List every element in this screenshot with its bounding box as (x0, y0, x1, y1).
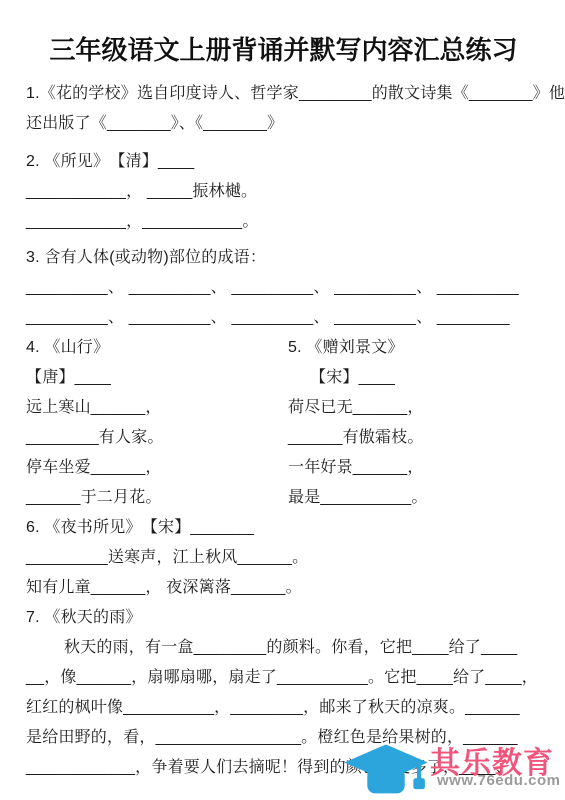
fill-blank-line: ___________，___________。 (26, 207, 541, 237)
fill-blank-line: _________送寒声，江上秋风______。 (26, 543, 541, 573)
poem-column-left: 4. 《山行》 【唐】____ 远上寒山______， ________有人家。… (26, 333, 288, 513)
poem-author: 【唐】____ (26, 363, 288, 393)
blanks-row: _________、 _________、 _________、 _______… (26, 303, 541, 333)
question-2: 2. 《所见》 【清】____ ___________， _____振林樾。 _… (26, 147, 541, 237)
poem-title: 5. 《赠刘景文》 (288, 333, 541, 363)
poem-line: 荷尽已无______， (288, 393, 541, 423)
watermark: 其乐教育 www.76edu.com (342, 740, 562, 798)
poem-line: 最是__________。 (288, 483, 541, 513)
poem-title: 4. 《山行》 (26, 333, 288, 363)
poem-line: ______于二月花。 (26, 483, 288, 513)
page-title: 三年级语文上册背诵并默写内容汇总练习 (26, 30, 541, 67)
poem-line: ________有人家。 (26, 423, 288, 453)
question-header: 3. 含有人体(或动物)部位的成语： (26, 243, 541, 273)
fill-blank-line: ___________， _____振林樾。 (26, 177, 541, 207)
watermark-url: www.76edu.com (437, 772, 560, 789)
poem-column-right: 5. 《赠刘景文》 【宋】____ 荷尽已无______， ______有傲霜枝… (288, 333, 541, 513)
blanks-row: _________、 _________、 _________、 _______… (26, 273, 541, 303)
question-header: 7. 《秋天的雨》 (26, 603, 541, 633)
poem-line: 远上寒山______， (26, 393, 288, 423)
question-header: 6. 《夜书所见》 【宋】_______ (26, 513, 541, 543)
question-1: 1.《花的学校》选自印度诗人、哲学家________的散文诗集《_______》… (26, 79, 541, 139)
worksheet-line: 1.《花的学校》选自印度诗人、哲学家________的散文诗集《_______》… (26, 79, 541, 109)
paragraph-line: 秋天的雨，有一盒________的颜料。你看，它把____给了____ (26, 633, 541, 663)
question-3: 3. 含有人体(或动物)部位的成语： _________、 _________、… (26, 243, 541, 333)
poem-line: ______有傲霜枝。 (288, 423, 541, 453)
paragraph-line: __，像______，扇哪扇哪，扇走了__________。它把____给了__… (26, 663, 541, 693)
worksheet-page: 三年级语文上册背诵并默写内容汇总练习 1.《花的学校》选自印度诗人、哲学家___… (0, 0, 565, 783)
graduation-cap-icon (342, 743, 430, 797)
question-6: 6. 《夜书所见》 【宋】_______ _________送寒声，江上秋风__… (26, 513, 541, 603)
poem-author: 【宋】____ (288, 363, 541, 393)
poem-line: 一年好景______， (288, 453, 541, 483)
poem-line: 停车坐爱______， (26, 453, 288, 483)
poem-section: 4. 《山行》 【唐】____ 远上寒山______， ________有人家。… (26, 333, 541, 513)
fill-blank-line: 知有儿童______， 夜深篱落______。 (26, 573, 541, 603)
paragraph-line: 红红的枫叶像__________，________，邮来了秋天的凉爽。_____… (26, 693, 541, 723)
question-header: 2. 《所见》 【清】____ (26, 147, 541, 177)
worksheet-line: 还出版了《_______》、《_______》 (26, 109, 541, 139)
